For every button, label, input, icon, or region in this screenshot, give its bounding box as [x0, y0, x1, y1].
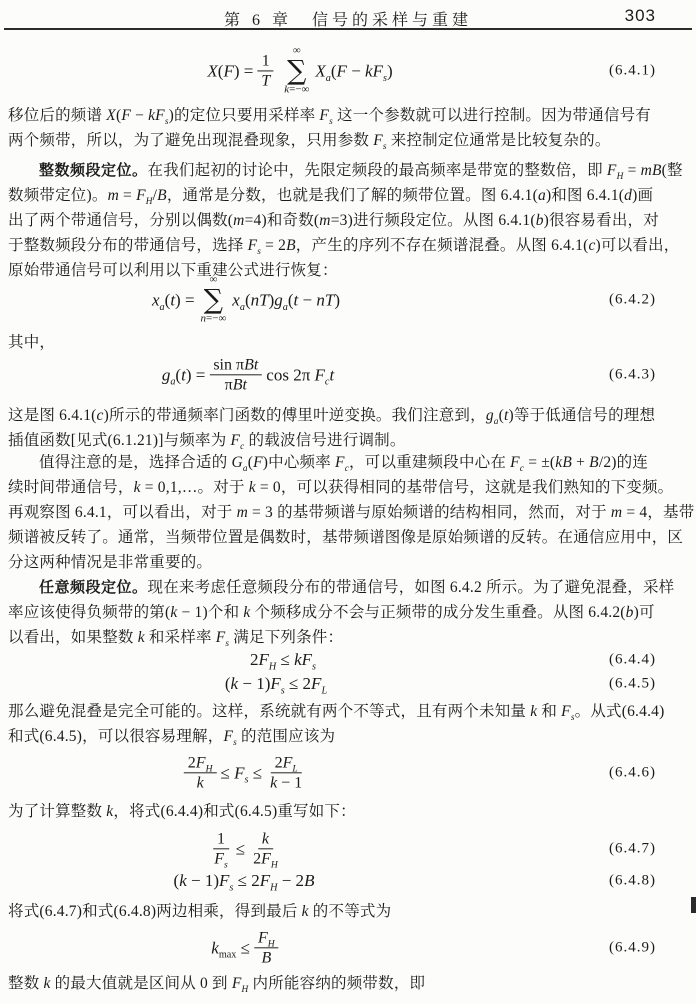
paragraph-intro: 移位后的频谱 X(F − kFs)的定位只要用采样率 Fs 这一个参数就可以进行… — [8, 103, 692, 153]
text-run: 在我们起初的讨论中，先限定频段的最高频率是带宽的整数倍，即 FH = mB(整 — [148, 162, 683, 179]
equation-number: (6.4.7) — [609, 841, 656, 858]
paragraph-multiply: 将式(6.4.7)和式(6.4.8)两边相乘，得到最后 k 的不等式为 — [8, 899, 692, 924]
equation-6-4-2: xa(t) = ∞∑n=−∞ xa(nT)ga(t − nT) (6.4.2) — [0, 274, 696, 326]
header-rule — [4, 28, 692, 30]
equation-body: xa(t) = ∞∑n=−∞ xa(nT)ga(t − nT) — [152, 273, 340, 326]
equation-number: (6.4.2) — [609, 292, 656, 309]
text-line: 那么避免混叠是完全可能的。这样，系统就有两个不等式，且有两个未知量 k 和 Fs… — [8, 699, 692, 724]
equation-body: (k − 1)Fs ≤ 2FL — [225, 674, 327, 694]
fraction-denominator: k − 1 — [266, 774, 306, 793]
equation-6-4-7: 1Fs ≤ k2FH (6.4.7) — [0, 826, 696, 872]
equation-number: (6.4.8) — [609, 873, 656, 890]
text-line: 整数频段定位。在我们起初的讨论中，先限定频段的最高频率是带宽的整数倍，即 FH … — [8, 158, 692, 183]
paragraph-compute-k: 为了计算整数 k，将式(6.4.4)和式(6.4.5)重写如下： — [8, 799, 692, 824]
equation-number: (6.4.3) — [609, 367, 656, 384]
equation-body: kmax ≤ FHB — [211, 928, 282, 967]
math-text: X(F) = — [207, 61, 253, 81]
math-text: ga(t) = — [162, 365, 206, 385]
paragraph-arbitrary-band: 任意频段定位。现在来考虑任意频段分布的带通信号，如图 6.4.2 所示。为了避免… — [8, 575, 692, 650]
math-text: ≤ Fs ≤ — [221, 763, 263, 783]
text-line: 和式(6.4.5)，可以很容易理解，Fs 的范围应该为 — [8, 724, 692, 749]
equation-6-4-6: 2FHk ≤ Fs ≤ 2FLk − 1 (6.4.6) — [0, 750, 696, 796]
text-line: 于整数频段分布的带通信号，选择 Fs = 2B，产生的序列不存在频谱混叠。从图 … — [8, 233, 692, 258]
equation-body: X(F) = 1T ∞∑k=−∞ Xa(F − kFs) — [207, 44, 392, 97]
math-text: ≤ — [236, 839, 245, 859]
text-line: 移位后的频谱 X(F − kFs)的定位只要用采样率 Fs 这一个参数就可以进行… — [8, 103, 692, 128]
equation-body: 2FH ≤ kFs — [250, 650, 316, 670]
fraction: 2FLk − 1 — [266, 753, 306, 792]
text-line: 出了两个带通信号，分别以偶数(m=4)和奇数(m=3)进行频段定位。从图 6.4… — [8, 208, 692, 233]
paragraph-inverse-transform: 这是图 6.4.1(c)所示的带通频率门函数的傅里叶逆变换。我们注意到，ga(t… — [8, 403, 692, 453]
fraction-denominator: k — [193, 774, 208, 793]
paragraph-integer-band: 整数频段定位。在我们起初的讨论中，先限定频段的最高频率是带宽的整数倍，即 FH … — [8, 158, 692, 283]
sum-lower-limit: n=−∞ — [201, 313, 227, 327]
equation-number: (6.4.1) — [609, 63, 656, 80]
text-line: 再观察图 6.4.1，可以看出，对于 m = 3 的基带频谱与原始频谱的结构相同… — [8, 500, 692, 525]
fraction: k2FH — [249, 829, 282, 868]
math-text: cos 2π Fct — [266, 365, 334, 385]
fraction: 1T — [257, 51, 274, 90]
bold-lead: 整数频段定位。 — [39, 162, 148, 179]
equation-6-4-5: (k − 1)Fs ≤ 2FL (6.4.5) — [0, 672, 696, 696]
equation-6-4-4: 2FH ≤ kFs (6.4.4) — [0, 648, 696, 672]
equation-body: (k − 1)Fs ≤ 2FH − 2B — [174, 871, 315, 891]
equation-body: ga(t) = sin πBtπBt cos 2π Fct — [162, 355, 334, 394]
equation-number: (6.4.4) — [609, 652, 656, 669]
scan-artifact — [691, 897, 696, 913]
equation-body: 2FHk ≤ Fs ≤ 2FLk − 1 — [180, 753, 310, 792]
text-line: 这是图 6.4.1(c)所示的带通频率门函数的傅里叶逆变换。我们注意到，ga(t… — [8, 403, 692, 428]
chapter-header: 第 6 章 信号的采样与重建 — [0, 7, 696, 30]
paragraph-two-inequalities: 那么避免混叠是完全可能的。这样，系统就有两个不等式，且有两个未知量 k 和 Fs… — [8, 699, 692, 749]
text-line: 值得注意的是，选择合适的 Ga(F)中心频率 Fc，可以重建频段中心在 Fc =… — [8, 450, 692, 475]
equation-number: (6.4.5) — [609, 676, 656, 693]
summation: ∞∑k=−∞ — [284, 44, 309, 97]
bold-lead: 任意频段定位。 — [39, 579, 148, 596]
equation-number: (6.4.9) — [609, 940, 656, 957]
fraction-numerator: 2FH — [184, 753, 217, 773]
text-line: 分这两种情况是非常重要的。 — [8, 550, 692, 575]
equation-6-4-9: kmax ≤ FHB (6.4.9) — [0, 924, 696, 972]
fraction: 2FHk — [184, 753, 217, 792]
text-line: 以看出，如果整数 k 和采样率 Fs 满足下列条件： — [8, 625, 692, 650]
text-line: 频谱被反转了。通常，当频带位置是偶数时，基带频谱图像是原始频谱的反转。在通信应用… — [8, 525, 692, 550]
fraction-denominator: Fs — [210, 850, 232, 869]
fraction-numerator: FH — [254, 928, 279, 948]
summation: ∞∑n=−∞ — [201, 273, 227, 326]
math-text: xa(t) = — [152, 290, 195, 310]
fraction-denominator: T — [257, 71, 274, 90]
sum-lower-limit: k=−∞ — [284, 84, 309, 98]
text-run: 现在来考虑任意频段分布的带通信号，如图 6.4.2 所示。为了避免混叠，采样 — [148, 579, 675, 596]
fraction-numerator: 1 — [258, 51, 274, 71]
math-text: xa(nT)ga(t − nT) — [232, 290, 340, 310]
fraction-numerator: k — [258, 829, 273, 849]
text-line: 率应该使得负频带的第(k − 1)个和 k 个频移成分不会与正频带的成分发生重叠… — [8, 600, 692, 625]
sigma-icon: ∑ — [287, 58, 306, 84]
fraction-numerator: sin πBt — [209, 355, 262, 375]
sigma-icon: ∑ — [204, 287, 223, 313]
equation-number: (6.4.6) — [609, 765, 656, 782]
fraction-numerator: 1 — [213, 829, 229, 849]
fraction-numerator: 2FL — [271, 753, 302, 773]
text-line: 为了计算整数 k，将式(6.4.4)和式(6.4.5)重写如下： — [8, 799, 692, 824]
equation-6-4-1: X(F) = 1T ∞∑k=−∞ Xa(F − kFs) (6.4.1) — [0, 40, 696, 102]
equation-body: 1Fs ≤ k2FH — [206, 829, 286, 868]
text-line: 将式(6.4.7)和式(6.4.8)两边相乘，得到最后 k 的不等式为 — [8, 899, 692, 924]
book-page: 第 6 章 信号的采样与重建 303 X(F) = 1T ∞∑k=−∞ Xa(F… — [0, 0, 696, 1004]
paragraph-max-k: 整数 k 的最大值就是区间从 0 到 FH 内所能容纳的频带数，即 — [8, 971, 692, 996]
paragraph-note: 值得注意的是，选择合适的 Ga(F)中心频率 Fc，可以重建频段中心在 Fc =… — [8, 450, 692, 575]
fraction: sin πBtπBt — [209, 355, 262, 394]
text-line: 续时间带通信号，k = 0,1,…。对于 k = 0，可以获得相同的基带信号，这… — [8, 475, 692, 500]
math-text: kmax ≤ — [211, 938, 250, 958]
fraction-denominator: πBt — [221, 376, 251, 395]
math-text: (k − 1)Fs ≤ 2FH − 2B — [174, 871, 315, 891]
fraction: FHB — [254, 928, 279, 967]
page-number: 303 — [625, 6, 656, 26]
text-line: 数频带定位)。m = FH/B，通常是分数，也就是我们了解的频带位置。图 6.4… — [8, 183, 692, 208]
text-line: 整数 k 的最大值就是区间从 0 到 FH 内所能容纳的频带数，即 — [8, 971, 692, 996]
equation-6-4-8: (k − 1)Fs ≤ 2FH − 2B (6.4.8) — [0, 869, 696, 893]
math-text: Xa(F − kFs) — [315, 61, 392, 81]
text-line: 两个频带，所以，为了避免出现混叠现象，只用参数 Fs 来控制定位通常是比较复杂的… — [8, 128, 692, 153]
fraction-denominator: B — [257, 949, 275, 968]
fraction-denominator: 2FH — [249, 850, 282, 869]
math-text: (k − 1)Fs ≤ 2FL — [225, 674, 327, 694]
text-line: 任意频段定位。现在来考虑任意频段分布的带通信号，如图 6.4.2 所示。为了避免… — [8, 575, 692, 600]
fraction: 1Fs — [210, 829, 232, 868]
equation-6-4-3: ga(t) = sin πBtπBt cos 2π Fct (6.4.3) — [0, 352, 696, 398]
math-text: 2FH ≤ kFs — [250, 650, 316, 670]
